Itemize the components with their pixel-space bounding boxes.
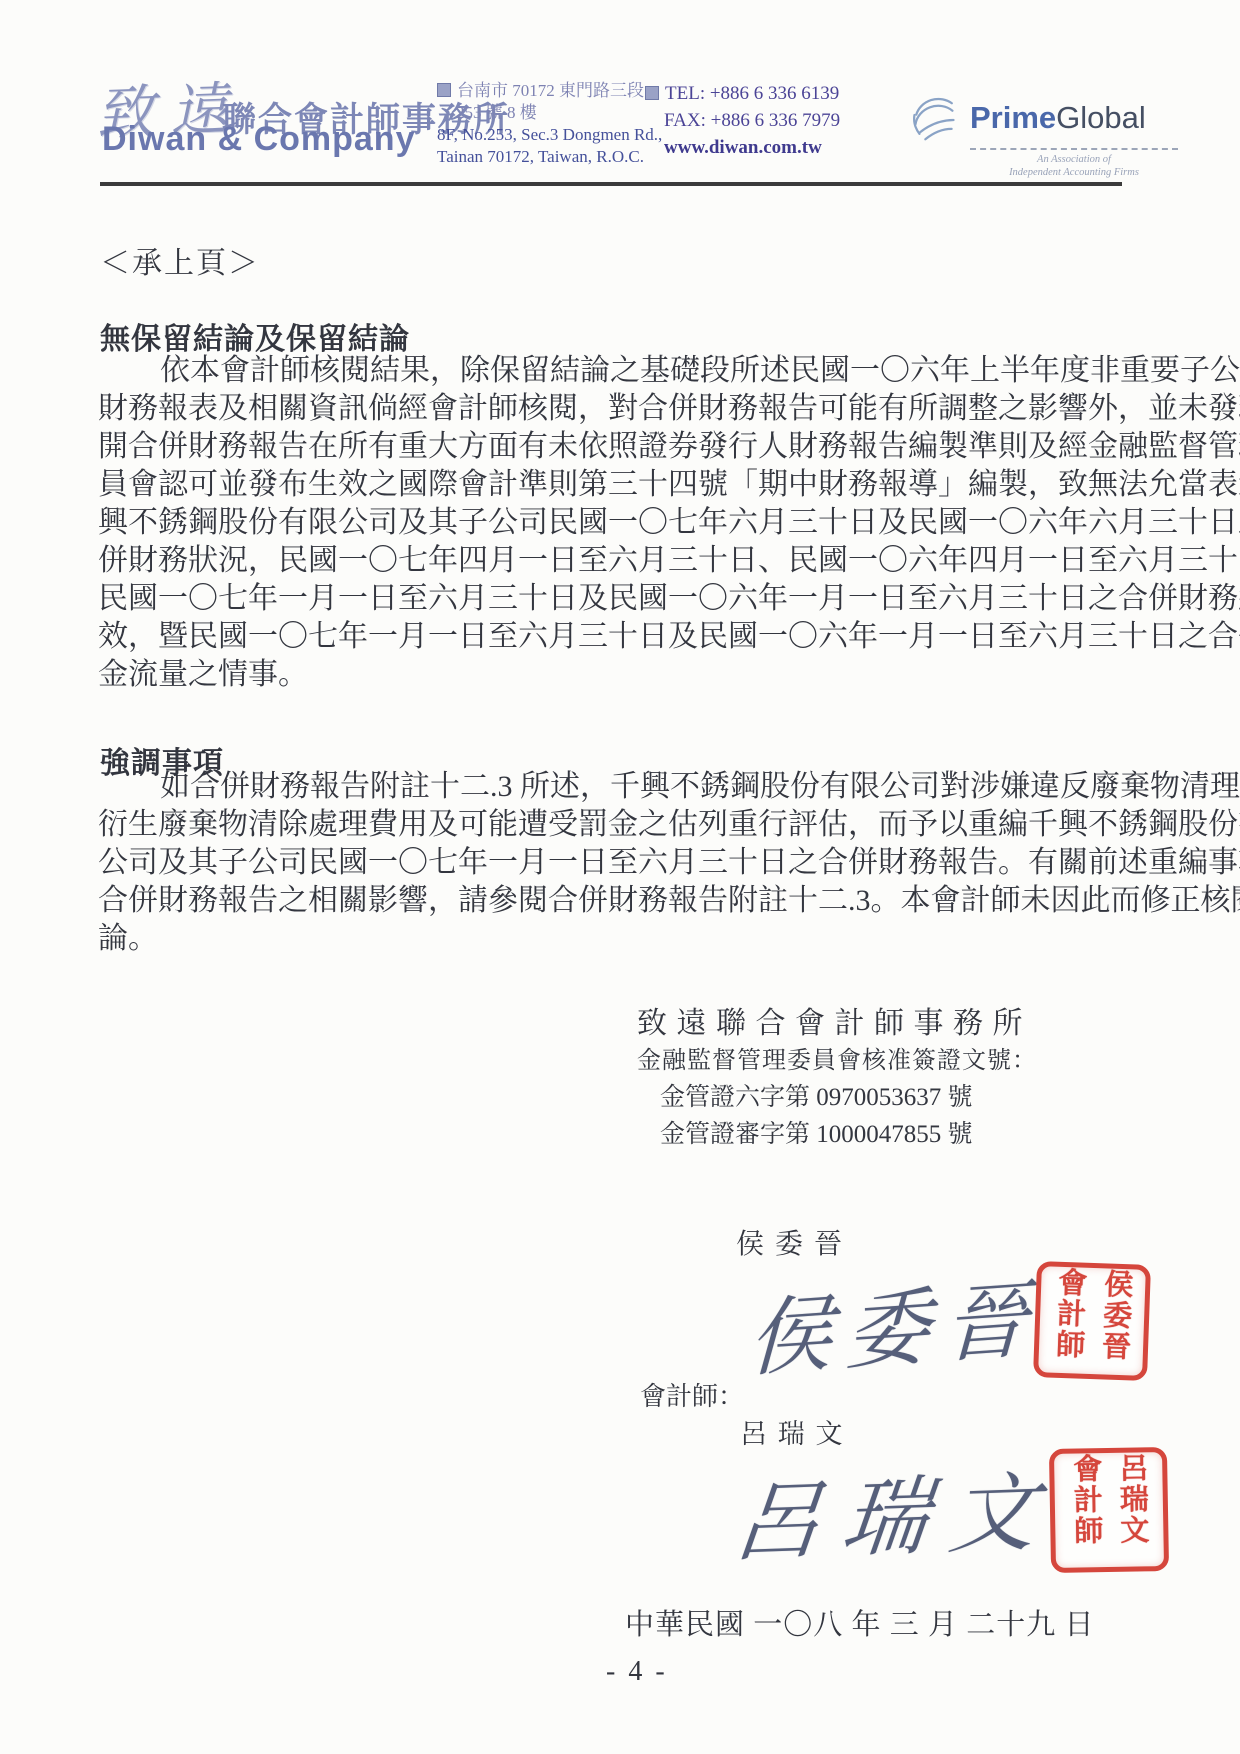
report-line: 開合併財務報告在所有重大方面有未依照證券發行人財務報告編製準則及經金融監督管理委 — [98, 428, 1148, 466]
approval-number-2: 金管證審字第 1000047855 號 — [660, 1114, 973, 1150]
report-line: 公司及其子公司民國一〇七年一月一日至六月三十日之合併財務報告。有關前述重編事項對 — [98, 844, 1148, 882]
approval-number-1: 金管證六字第 0970053637 號 — [660, 1077, 973, 1113]
seal-text: 會計師 — [1069, 1453, 1103, 1547]
prime-text: Prime — [970, 100, 1056, 135]
accountant2-red-seal: 呂瑞文會計師 — [1049, 1447, 1169, 1573]
tel-line: TEL: +886 6 336 6139 — [645, 80, 840, 107]
primeglobal-underline — [970, 148, 1178, 150]
report-line: 衍生廢棄物清除處理費用及可能遭受罰金之估列重行評估，而予以重編千興不銹鋼股份有限 — [98, 806, 1148, 844]
seal-text: 侯委晉 — [1098, 1268, 1133, 1362]
primeglobal-tagline-line1: An Association of — [970, 153, 1178, 166]
signing-firm-name: 致 遠 聯 合 會 計 師 事 務 所 — [637, 998, 1024, 1042]
primeglobal-logo: PrimeGlobal An Association of Independen… — [908, 92, 1208, 179]
report-line: 員會認可並發布生效之國際會計準則第三十四號「期中財務報導」編製，致無法允當表達千 — [98, 466, 1148, 504]
contact-block: TEL: +886 6 336 6139 FAX: +886 6 336 797… — [645, 80, 840, 161]
report-line: 合併財務報告之相關影響，請參閱合併財務報告附註十二.3。本會計師未因此而修正核閱… — [98, 882, 1148, 920]
accountant2-printed-name: 呂 瑞 文 — [740, 1412, 845, 1451]
global-text: Global — [1056, 100, 1146, 135]
website-text: www.diwan.com.tw — [645, 134, 840, 161]
globe-sketch-icon — [908, 92, 964, 144]
fsc-approval-label: 金融監督管理委員會核准簽證文號： — [637, 1040, 1037, 1075]
letterhead-divider — [100, 182, 1122, 186]
paragraph-conclusions: 依本會計師核閱結果，除保留結論之基礎段所述民國一〇六年上半年度非重要子公司之 財… — [98, 352, 1148, 694]
report-line: 論。 — [98, 920, 1148, 958]
firm-name-english: Diwan & Company — [102, 120, 415, 159]
seal-text: 呂瑞文 — [1115, 1452, 1149, 1546]
continued-from-previous-page: ＜承上頁＞ — [100, 238, 260, 282]
report-line: 財務報表及相關資訊倘經會計師核閱，對合併財務報告可能有所調整之影響外，並未發現上 — [98, 390, 1148, 428]
scanned-review-report-page: 致遠 聯合會計師事務所 Diwan & Company 台南市 70172 東門… — [0, 0, 1240, 1754]
address-en-line2: Tainan 70172, Taiwan, R.O.C. — [437, 146, 662, 168]
primeglobal-wordmark: PrimeGlobal — [970, 101, 1146, 135]
paragraph-emphasis: 如合併財務報告附註十二.3 所述，千興不銹鋼股份有限公司對涉嫌違反廢棄物清理法所… — [98, 768, 1148, 958]
accountant1-signature: 侯委晉 — [746, 1251, 1044, 1393]
bullet-square-icon — [645, 86, 659, 100]
address-zh-line1: 台南市 70172 東門路三段 — [437, 80, 662, 102]
report-line: 金流量之情事。 — [98, 656, 1148, 694]
bullet-square-icon — [437, 83, 451, 97]
fax-line: FAX: +886 6 336 7979 — [645, 107, 840, 134]
page-number: - 4 - — [606, 1656, 668, 1688]
report-line: 興不銹鋼股份有限公司及其子公司民國一〇七年六月三十日及民國一〇六年六月三十日之合 — [98, 504, 1148, 542]
report-line: 如合併財務報告附註十二.3 所述，千興不銹鋼股份有限公司對涉嫌違反廢棄物清理法所 — [98, 768, 1148, 806]
address-zh-line2: 253 號 8 樓 — [437, 102, 662, 124]
address-block: 台南市 70172 東門路三段 253 號 8 樓 8F, No.253, Se… — [437, 80, 662, 168]
report-line: 效，暨民國一〇七年一月一日至六月三十日及民國一〇六年一月一日至六月三十日之合併現 — [98, 618, 1148, 656]
report-line: 依本會計師核閱結果，除保留結論之基礎段所述民國一〇六年上半年度非重要子公司之 — [98, 352, 1148, 390]
accountant1-printed-name: 侯 委 晉 — [736, 1222, 844, 1262]
primeglobal-tagline-line2: Independent Accounting Firms — [970, 166, 1178, 179]
address-en-line1: 8F, No.253, Sec.3 Dongmen Rd., — [437, 124, 662, 146]
report-line: 民國一〇七年一月一日至六月三十日及民國一〇六年一月一日至六月三十日之合併財務績 — [98, 580, 1148, 618]
report-line: 併財務狀況，民國一〇七年四月一日至六月三十日、民國一〇六年四月一日至六月三十日、 — [98, 542, 1148, 580]
accountant-label: 會計師： — [640, 1376, 744, 1413]
seal-text: 會計師 — [1052, 1267, 1087, 1361]
report-date: 中華民國 一〇八 年 三 月 二十九 日 — [625, 1602, 1095, 1643]
accountant2-signature: 呂瑞文 — [729, 1442, 1066, 1578]
accountant1-red-seal: 侯委晉會計師 — [1033, 1261, 1151, 1381]
